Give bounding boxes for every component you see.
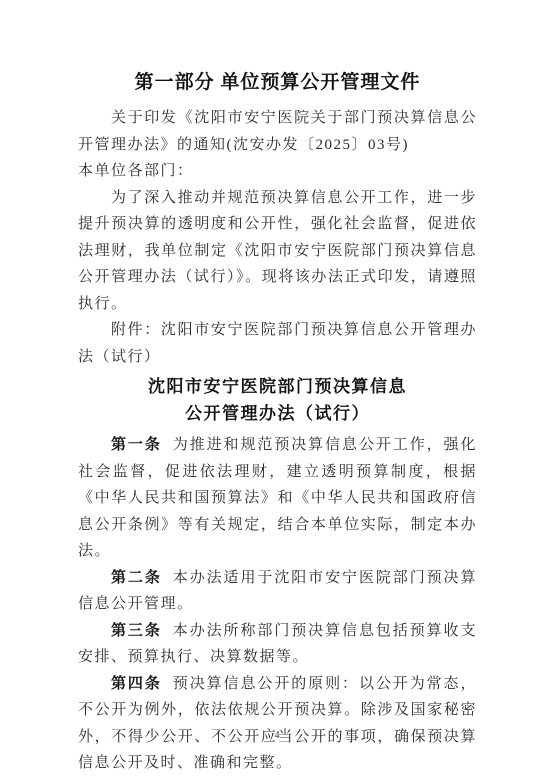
article-2-label: 第二条 — [111, 570, 162, 586]
article-1: 第一条为推进和规范预决算信息公开工作，强化社会监督，促进依法理财，建立透明预算制… — [78, 432, 477, 565]
document-page: 第一部分 单位预算公开管理文件 关于印发《沈阳市安宁医院关于部门预决算信息公开管… — [0, 0, 554, 783]
article-2: 第二条本办法适用于沈阳市安宁医院部门预决算信息公开管理。 — [78, 565, 477, 618]
article-4-label: 第四条 — [111, 676, 162, 692]
page-title: 第一部分 单位预算公开管理文件 — [78, 70, 477, 96]
page-content: 第一部分 单位预算公开管理文件 关于印发《沈阳市安宁医院关于部门预决算信息公开管… — [78, 70, 477, 777]
document-body: 关于印发《沈阳市安宁医院关于部门预决算信息公开管理办法》的通知(沈安办发〔202… — [78, 105, 477, 777]
measure-heading-line2: 公开管理办法（试行） — [78, 401, 477, 428]
notice-body-paragraph: 为了深入推动并规范预决算信息公开工作，进一步提升预决算的透明度和公开性，强化社会… — [78, 185, 477, 318]
salutation-paragraph: 本单位各部门： — [78, 158, 477, 185]
attachment-note-paragraph: 附件：沈阳市安宁医院部门预决算信息公开管理办法（试行） — [78, 317, 477, 370]
article-1-text: 为推进和规范预决算信息公开工作，强化社会监督，促进依法理财，建立透明预算制度，根… — [78, 437, 477, 559]
article-3: 第三条本办法所称部门预决算信息包括预算收支安排、预算执行、决算数据等。 — [78, 618, 477, 671]
article-1-label: 第一条 — [111, 437, 162, 453]
page-number: 4 — [0, 730, 554, 741]
measure-heading: 沈阳市安宁医院部门预决算信息 公开管理办法（试行） — [78, 374, 477, 427]
article-4: 第四条预决算信息公开的原则：以公开为常态，不公开为例外，依法依规公开预决算。除涉… — [78, 671, 477, 777]
notice-title-paragraph: 关于印发《沈阳市安宁医院关于部门预决算信息公开管理办法》的通知(沈安办发〔202… — [78, 105, 477, 158]
article-3-label: 第三条 — [111, 623, 162, 639]
measure-heading-line1: 沈阳市安宁医院部门预决算信息 — [78, 374, 477, 401]
